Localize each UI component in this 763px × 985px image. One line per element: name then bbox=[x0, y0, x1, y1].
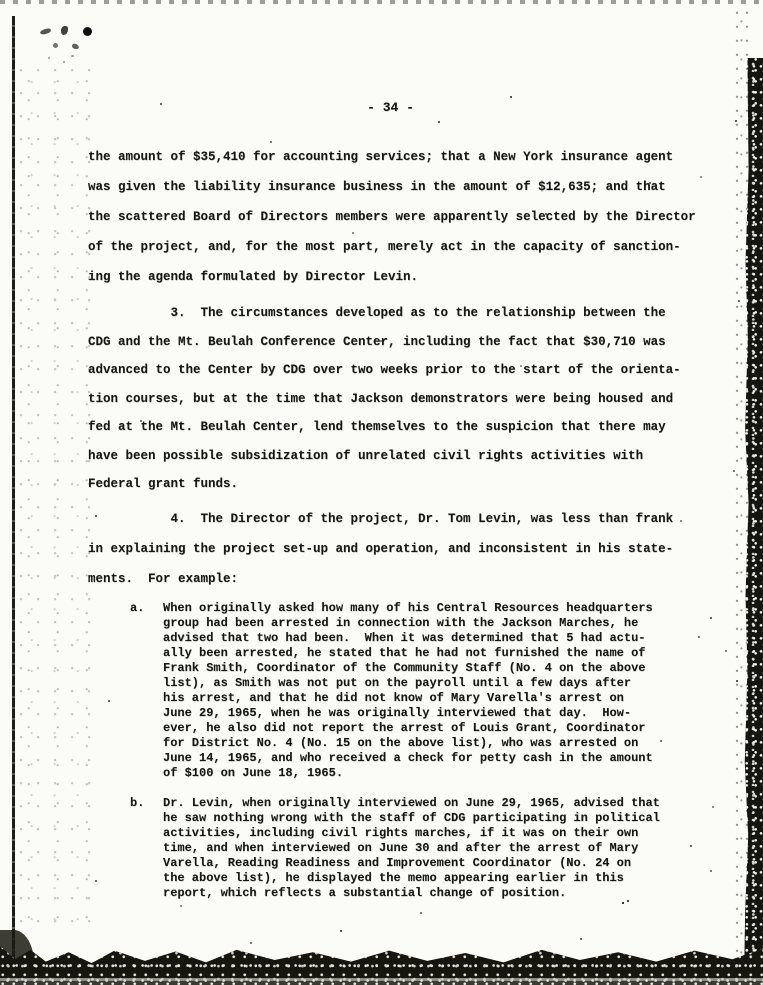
ink-dot bbox=[63, 61, 65, 63]
scan-margin-noise bbox=[16, 66, 98, 929]
document-page: - 34 - the amount of $35,410 for account… bbox=[0, 0, 763, 985]
paragraph-continuation: the amount of $35,410 for accounting ser… bbox=[88, 142, 696, 292]
scan-edge-fringe bbox=[733, 10, 749, 965]
ink-dot bbox=[48, 57, 50, 59]
ink-blot bbox=[83, 27, 92, 36]
list-item-b: b. Dr. Levin, when originally interviewe… bbox=[130, 796, 660, 901]
list-item-b-text: Dr. Levin, when originally interviewed o… bbox=[163, 796, 660, 901]
paragraph-item-4: 4. The Director of the project, Dr. Tom … bbox=[88, 504, 673, 594]
list-item-a: a. When originally asked how many of his… bbox=[130, 601, 653, 781]
ink-dot bbox=[71, 55, 74, 57]
list-item-a-text: When originally asked how many of his Ce… bbox=[163, 601, 653, 781]
page-number: - 34 - bbox=[0, 100, 763, 115]
scan-specks bbox=[0, 0, 2, 2]
list-marker-a: a. bbox=[130, 601, 144, 616]
ink-smudge bbox=[61, 26, 68, 35]
list-marker-b: b. bbox=[130, 796, 144, 811]
perforation-dots-border bbox=[0, 0, 763, 4]
ink-smudge bbox=[40, 28, 52, 36]
scan-fold-line bbox=[12, 16, 15, 963]
scan-edge-bottom bbox=[0, 946, 763, 985]
paragraph-item-3: 3. The circumstances developed as to the… bbox=[88, 299, 681, 499]
ink-dot bbox=[53, 43, 58, 48]
ink-smudge bbox=[71, 43, 79, 50]
